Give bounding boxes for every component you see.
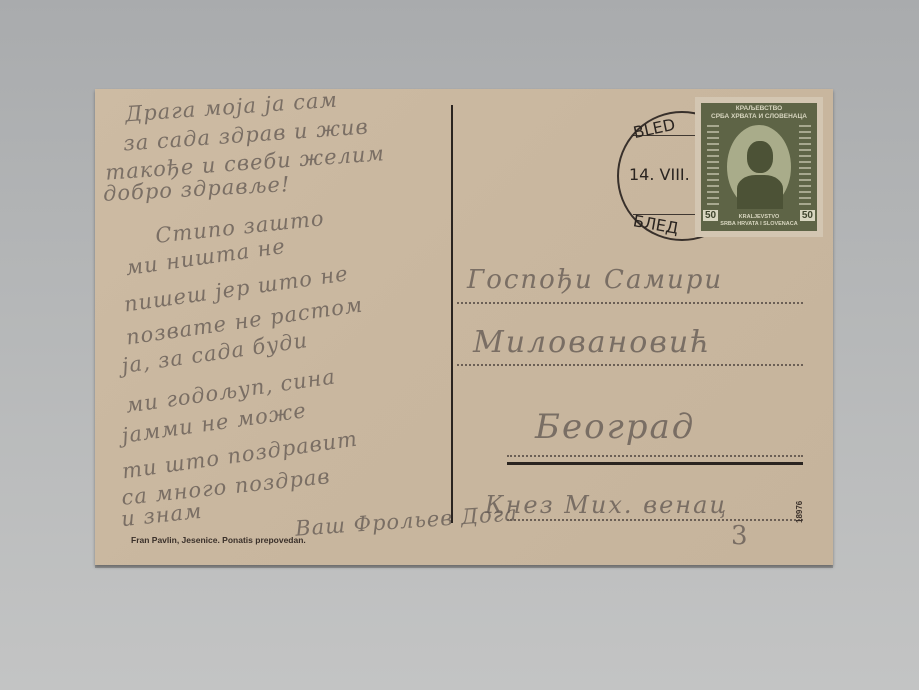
address-line-2: Миловановић bbox=[473, 325, 711, 360]
address-line-3: Београд bbox=[535, 407, 695, 447]
serial-number: 18976 bbox=[795, 501, 804, 523]
address-line-4: Кнез Мих. венац bbox=[485, 491, 728, 519]
postage-stamp: КРАЉЕВСТВО СРБА ХРВАТА И СЛОВЕНАЦА 50 50… bbox=[695, 97, 823, 237]
address-line-1: Госпођи Самири bbox=[467, 265, 723, 295]
portrait-head bbox=[747, 141, 773, 173]
postcard: Драга моја ја сам за сада здрав и жив та… bbox=[95, 89, 833, 565]
postmark-date: 14. VIII. 2 bbox=[629, 165, 705, 184]
postmark-town-cyrillic: БЛЕД bbox=[632, 211, 680, 238]
address-dotted-line bbox=[507, 455, 803, 457]
stamp-bottom-line-1: KRALJEVSTVO bbox=[701, 214, 817, 221]
address-dotted-line bbox=[457, 364, 803, 366]
publisher-imprint: Fran Pavlin, Jesenice. Ponatis prepoveda… bbox=[131, 535, 306, 545]
stamp-portrait bbox=[727, 125, 791, 209]
portrait-body bbox=[737, 175, 783, 209]
address-dotted-line bbox=[507, 519, 803, 521]
address-solid-line bbox=[507, 462, 803, 465]
stamp-ornament-left bbox=[707, 125, 719, 209]
stamp-top-line-1: КРАЉЕВСТВО bbox=[701, 105, 817, 113]
address-dotted-line bbox=[457, 302, 803, 304]
stamp-ornament-right bbox=[799, 125, 811, 209]
stamp-country-latin: KRALJEVSTVO SRBA HRVATA I SLOVENACA bbox=[701, 214, 817, 228]
stamp-top-line-2: СРБА ХРВАТА И СЛОВЕНАЦА bbox=[701, 113, 817, 121]
stamp-design: КРАЉЕВСТВО СРБА ХРВАТА И СЛОВЕНАЦА 50 50… bbox=[701, 103, 817, 231]
center-divider bbox=[451, 105, 453, 523]
stamp-bottom-line-2: SRBA HRVATA I SLOVENACA bbox=[701, 221, 817, 228]
stamp-country-cyrillic: КРАЉЕВСТВО СРБА ХРВАТА И СЛОВЕНАЦА bbox=[701, 105, 817, 121]
address-number: 3 bbox=[731, 521, 750, 551]
card-shadow bbox=[95, 565, 833, 568]
